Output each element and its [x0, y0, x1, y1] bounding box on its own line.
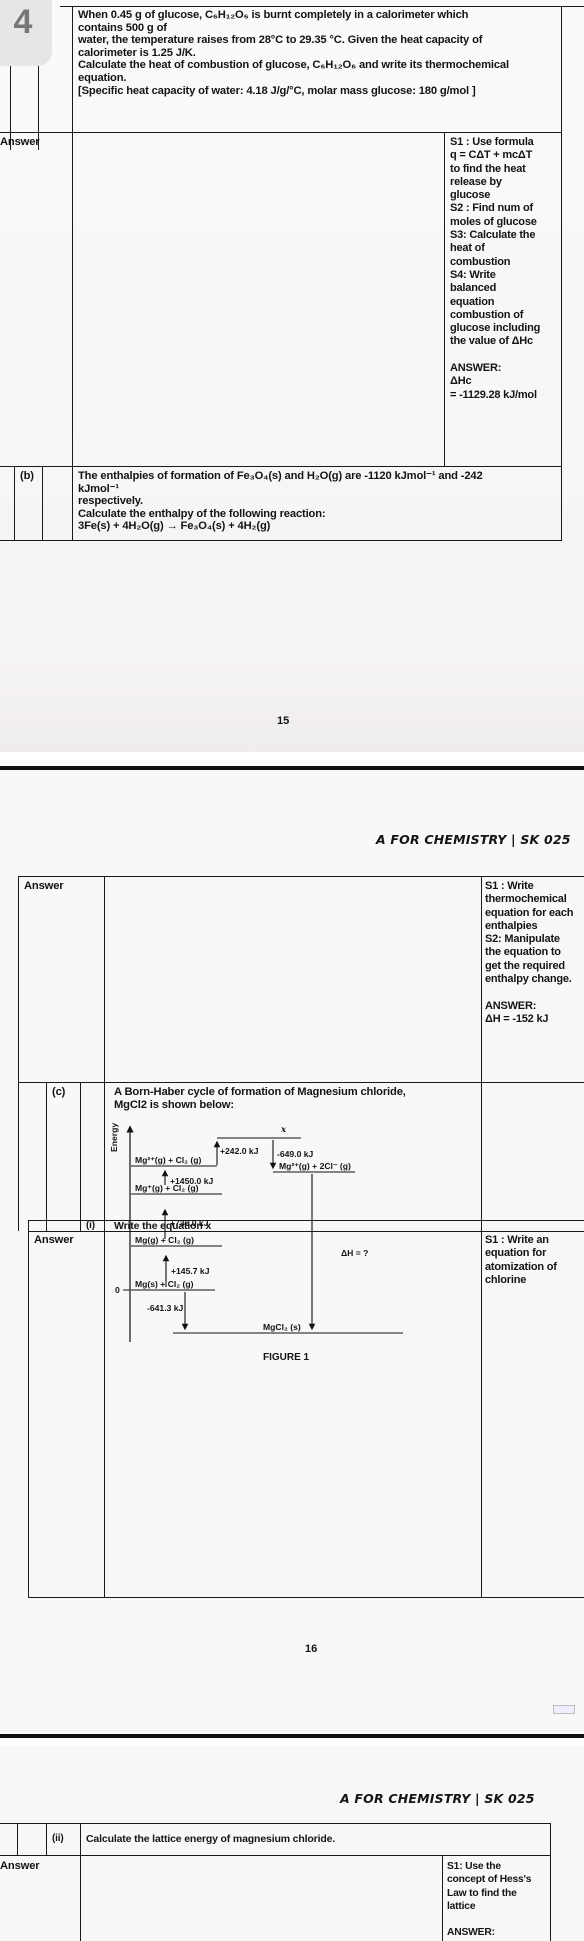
- page-gap: [0, 752, 584, 766]
- question-line: water, the temperature raises from 28°C …: [78, 34, 558, 47]
- page-16: A FOR CHEMISTRY | SK 025 Answer S1 : Wri…: [0, 772, 584, 1732]
- col-line: [14, 466, 15, 541]
- answer-area-4a[interactable]: [72, 133, 444, 466]
- sub-ii-text: Calculate the lattice energy of magnesiu…: [86, 1833, 335, 1846]
- question-line: kJmol⁻¹: [78, 483, 558, 496]
- energy-axis-label: Energy: [109, 1123, 119, 1152]
- hint-line: ΔHc: [450, 375, 562, 388]
- hint-box-4b: S1 : Writethermochemicalequation for eac…: [485, 880, 584, 1026]
- hint-line: S3: Calculate the: [450, 229, 562, 242]
- question-line: Calculate the heat of combustion of gluc…: [78, 59, 558, 72]
- sub-ii-label: (ii): [52, 1833, 64, 1846]
- answer-area-4b[interactable]: [105, 877, 481, 1082]
- page-17: A FOR CHEMISTRY | SK 025 (ii) Calculate …: [0, 1750, 584, 1941]
- hint-line: heat of: [450, 242, 562, 255]
- hint-line: atomization of: [485, 1261, 584, 1274]
- answer-label: Answer: [0, 136, 40, 149]
- hint-line: equation: [450, 296, 562, 309]
- sub-i-text: Write the equation x: [114, 1220, 211, 1233]
- scanner-stamp: [553, 1705, 575, 1714]
- col-line: [444, 132, 445, 467]
- question-line: When 0.45 g of glucose, C₆H₁₂O₆ is burnt…: [78, 9, 558, 22]
- hint-line: q = CΔT + mcΔT: [450, 149, 562, 162]
- step-electron-affinity: -649.0 kJ: [277, 1149, 313, 1159]
- hint-line: [450, 349, 562, 362]
- hint-line: [485, 986, 584, 999]
- question-4c-text: A Born-Haber cycle of formation of Magne…: [114, 1086, 474, 1111]
- question-line: MgCl2 is shown below:: [114, 1099, 474, 1112]
- col-line: [17, 1823, 18, 1855]
- brand-header: A FOR CHEMISTRY | SK 025: [376, 832, 571, 847]
- col-line: [442, 1855, 443, 1941]
- question-line: respectively.: [78, 495, 558, 508]
- hint-line: = -1129.28 kJ/mol: [450, 389, 562, 402]
- step-ie2: +1450.0 kJ: [170, 1176, 213, 1186]
- question-line: contains 500 g of: [78, 22, 558, 35]
- hint-line: equation for each: [485, 907, 584, 920]
- hint-line: chlorine: [485, 1274, 584, 1287]
- answer-label: Answer: [0, 1860, 40, 1873]
- hint-line: glucose: [450, 189, 562, 202]
- hint-line: ΔH = -152 kJ: [485, 1013, 584, 1026]
- table-border: [60, 6, 584, 7]
- question-line: The enthalpies of formation of Fe₃O₄(s) …: [78, 470, 558, 483]
- hint-line: ANSWER:: [450, 362, 562, 375]
- hint-line: S4: Write: [450, 269, 562, 282]
- hint-line: S1 : Use formula: [450, 136, 562, 149]
- hint-line: ANSWER:: [447, 1926, 550, 1939]
- hint-line: the equation to: [485, 946, 584, 959]
- answer-label: Answer: [24, 880, 64, 893]
- question-line: [Specific heat capacity of water: 4.18 J…: [78, 85, 558, 98]
- question-line: 3Fe(s) + 4H₂O(g) → Fe₃O₄(s) + 4H₂(g): [78, 520, 558, 533]
- hint-line: balanced: [450, 282, 562, 295]
- page-divider: [0, 766, 584, 770]
- col-line: [80, 1082, 81, 1232]
- born-haber-figure: Energy 0 Mg(s) + Cl₂ (g) Mg(g) + Cl₂ (g)…: [105, 1112, 481, 1220]
- answer-area-cii[interactable]: [81, 1856, 442, 1941]
- hint-line: to find the heat: [450, 163, 562, 176]
- col-line: [46, 1082, 47, 1232]
- col-line: [28, 1220, 29, 1598]
- part-c-label: (c): [52, 1086, 65, 1099]
- row-line: [0, 540, 562, 541]
- hint-line: concept of Hess's: [447, 1873, 550, 1886]
- hint-line: moles of glucose: [450, 216, 562, 229]
- hint-line: release by: [450, 176, 562, 189]
- hint-line: combustion of: [450, 309, 562, 322]
- hint-box-ci: S1 : Write anequation foratomization ofc…: [485, 1234, 584, 1287]
- page-number: 15: [277, 715, 289, 727]
- hint-line: get the required: [485, 960, 584, 973]
- hint-line: enthalpies: [485, 920, 584, 933]
- level-mg-2plus: Mg²⁺(g) + Cl₂ (g): [135, 1155, 201, 1166]
- question-number-badge: 4: [0, 0, 52, 66]
- question-4a-text: When 0.45 g of glucose, C₆H₁₂O₆ is burnt…: [78, 9, 558, 97]
- hint-line: enthalpy change.: [485, 973, 584, 986]
- hint-line: lattice: [447, 1900, 550, 1913]
- row-line: [18, 1082, 584, 1083]
- hint-line: S1 : Write: [485, 880, 584, 893]
- page-15: 4 When 0.45 g of glucose, C₆H₁₂O₆ is bur…: [0, 0, 584, 752]
- row-line: [0, 1823, 551, 1824]
- hint-box-4a: S1 : Use formulaq = CΔT + mcΔTto find th…: [450, 136, 562, 402]
- step-atomisation-cl: +242.0 kJ: [220, 1146, 258, 1156]
- page-number: 16: [305, 1643, 317, 1655]
- hint-line: combustion: [450, 256, 562, 269]
- col-line: [18, 876, 19, 1231]
- row-line: [0, 466, 562, 467]
- hint-line: S2: Manipulate: [485, 933, 584, 946]
- hint-line: glucose including: [450, 322, 562, 335]
- question-line: equation.: [78, 72, 558, 85]
- question-line: Calculate the enthalpy of the following …: [78, 508, 558, 521]
- hint-line: the value of ΔHc: [450, 335, 562, 348]
- hint-line: Law to find the: [447, 1887, 550, 1900]
- hint-line: equation for: [485, 1247, 584, 1260]
- level-x: x: [281, 1125, 286, 1135]
- hint-line: thermochemical: [485, 893, 584, 906]
- question-line: calorimeter is 1.25 J/K.: [78, 47, 558, 60]
- col-line: [481, 876, 482, 1598]
- col-line: [46, 1823, 47, 1855]
- page-divider: [0, 1734, 584, 1738]
- question-4b-text: The enthalpies of formation of Fe₃O₄(s) …: [78, 470, 558, 533]
- col-line: [42, 466, 43, 541]
- hint-line: S1 : Write an: [485, 1234, 584, 1247]
- answer-area-ci[interactable]: [105, 1232, 481, 1597]
- answer-label: Answer: [34, 1234, 74, 1247]
- question-line: A Born-Haber cycle of formation of Magne…: [114, 1086, 474, 1099]
- hint-line: ANSWER:: [485, 1000, 584, 1013]
- level-mg-2plus-2cl: Mg²⁺(g) + 2Cl⁻ (g): [279, 1161, 351, 1172]
- brand-header: A FOR CHEMISTRY | SK 025: [340, 1791, 535, 1806]
- hint-line: [447, 1913, 550, 1926]
- col-line: [550, 1823, 551, 1941]
- hint-line: S2 : Find num of: [450, 202, 562, 215]
- row-line: [28, 1597, 584, 1598]
- hint-box-cii: S1: Use theconcept of Hess'sLaw to find …: [447, 1860, 550, 1940]
- part-b-label: (b): [20, 470, 34, 483]
- sub-i-label: (i): [86, 1220, 95, 1233]
- hint-line: S1: Use the: [447, 1860, 550, 1873]
